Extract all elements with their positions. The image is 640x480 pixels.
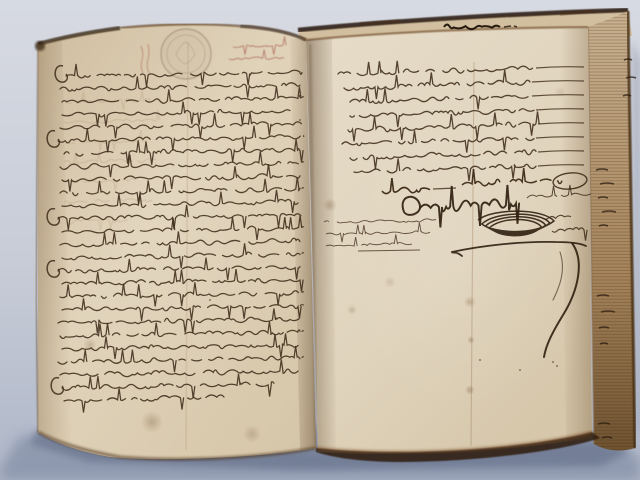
ink-speck [479,359,481,361]
stain [554,86,566,98]
manuscript-photo-scene: Photograph of an open 17th-century Frenc… [0,0,640,480]
stain [141,411,163,433]
embossed-stamp [161,29,211,79]
ink-speck [519,369,521,371]
ink-speck [552,361,554,363]
ink-speck [209,299,211,301]
ink-speck [556,365,558,367]
ink-speck [299,119,301,121]
stain [323,198,337,212]
stain [464,296,476,308]
manuscript-photograph: Photograph of an open 17th-century Frenc… [0,0,640,480]
stain [467,336,475,344]
stain [347,305,357,315]
stain [384,276,396,288]
stain [243,425,261,443]
stamp-outer-ring [161,29,211,79]
stain [465,385,475,395]
line-filler-dash [304,136,305,137]
